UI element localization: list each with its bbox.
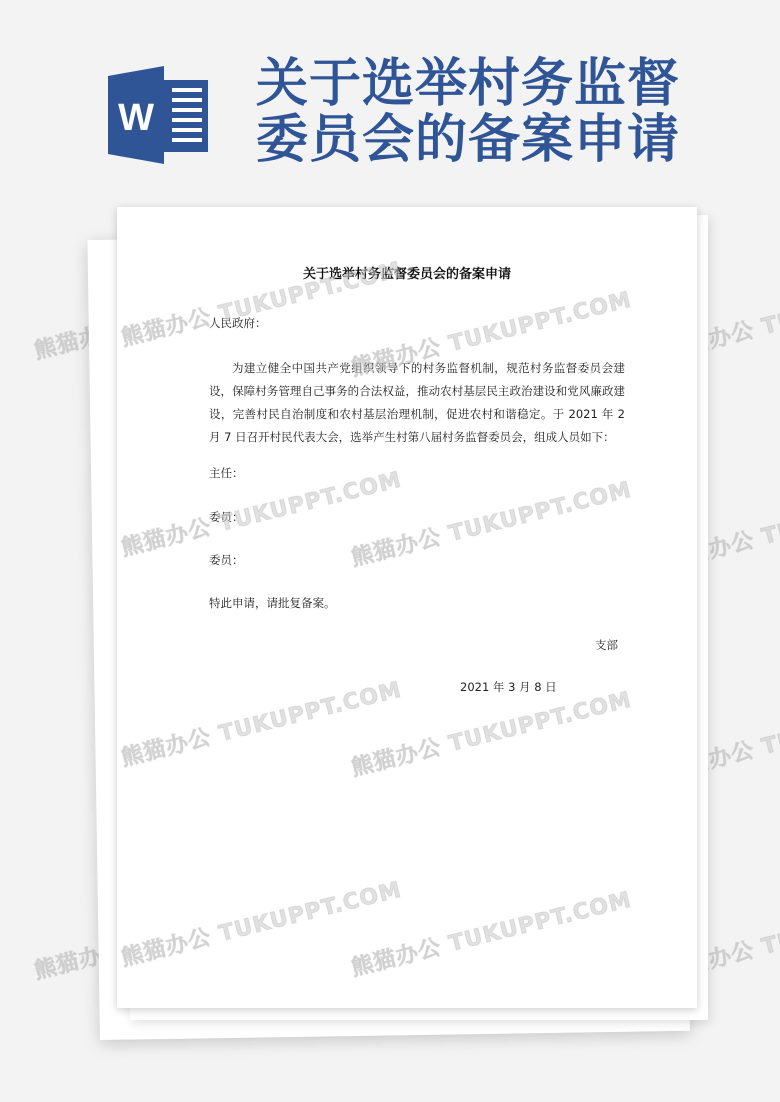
member-committee: 委员： — [209, 509, 244, 525]
watermark: 熊猫办公 TUKUPPT.COM — [118, 673, 405, 773]
svg-text:W: W — [118, 97, 154, 139]
hero-title: 关于选举村务监督 委员会的备案申请 — [256, 56, 686, 168]
member-committee: 委员： — [209, 552, 244, 568]
salutation: 人民政府： — [209, 315, 267, 331]
watermark: 熊猫办公 TUKUPPT.COM — [118, 873, 405, 973]
document-title: 关于选举村务监督委员会的备案申请 — [117, 263, 697, 282]
watermark: 熊猫办公 TUKUPPT.COM — [348, 883, 635, 983]
body-paragraph: 为建立健全中国共产党组织领导下的村务监督机制，规范村务监督委员会建设，保障村务管… — [209, 357, 625, 449]
word-document-icon: W — [106, 66, 210, 164]
member-director: 主任： — [209, 465, 244, 481]
watermark: 熊猫办公 TUKUPPT.COM — [348, 683, 635, 783]
hero-title-line1: 关于选举村务监督 — [256, 56, 686, 112]
hero-title-line2: 委员会的备案申请 — [256, 112, 686, 168]
watermark: 熊猫办公 TUKUPPT.COM — [348, 473, 635, 573]
signature: 支部 — [595, 637, 618, 653]
date: 2021 年 3 月 8 日 — [460, 679, 557, 695]
closing-line: 特此申请，请批复备案。 — [209, 595, 336, 611]
watermark: 熊猫办公 TUKUPPT.COM — [118, 463, 405, 563]
document-page: 关于选举村务监督委员会的备案申请 人民政府： 为建立健全中国共产党组织领导下的村… — [117, 207, 697, 1008]
